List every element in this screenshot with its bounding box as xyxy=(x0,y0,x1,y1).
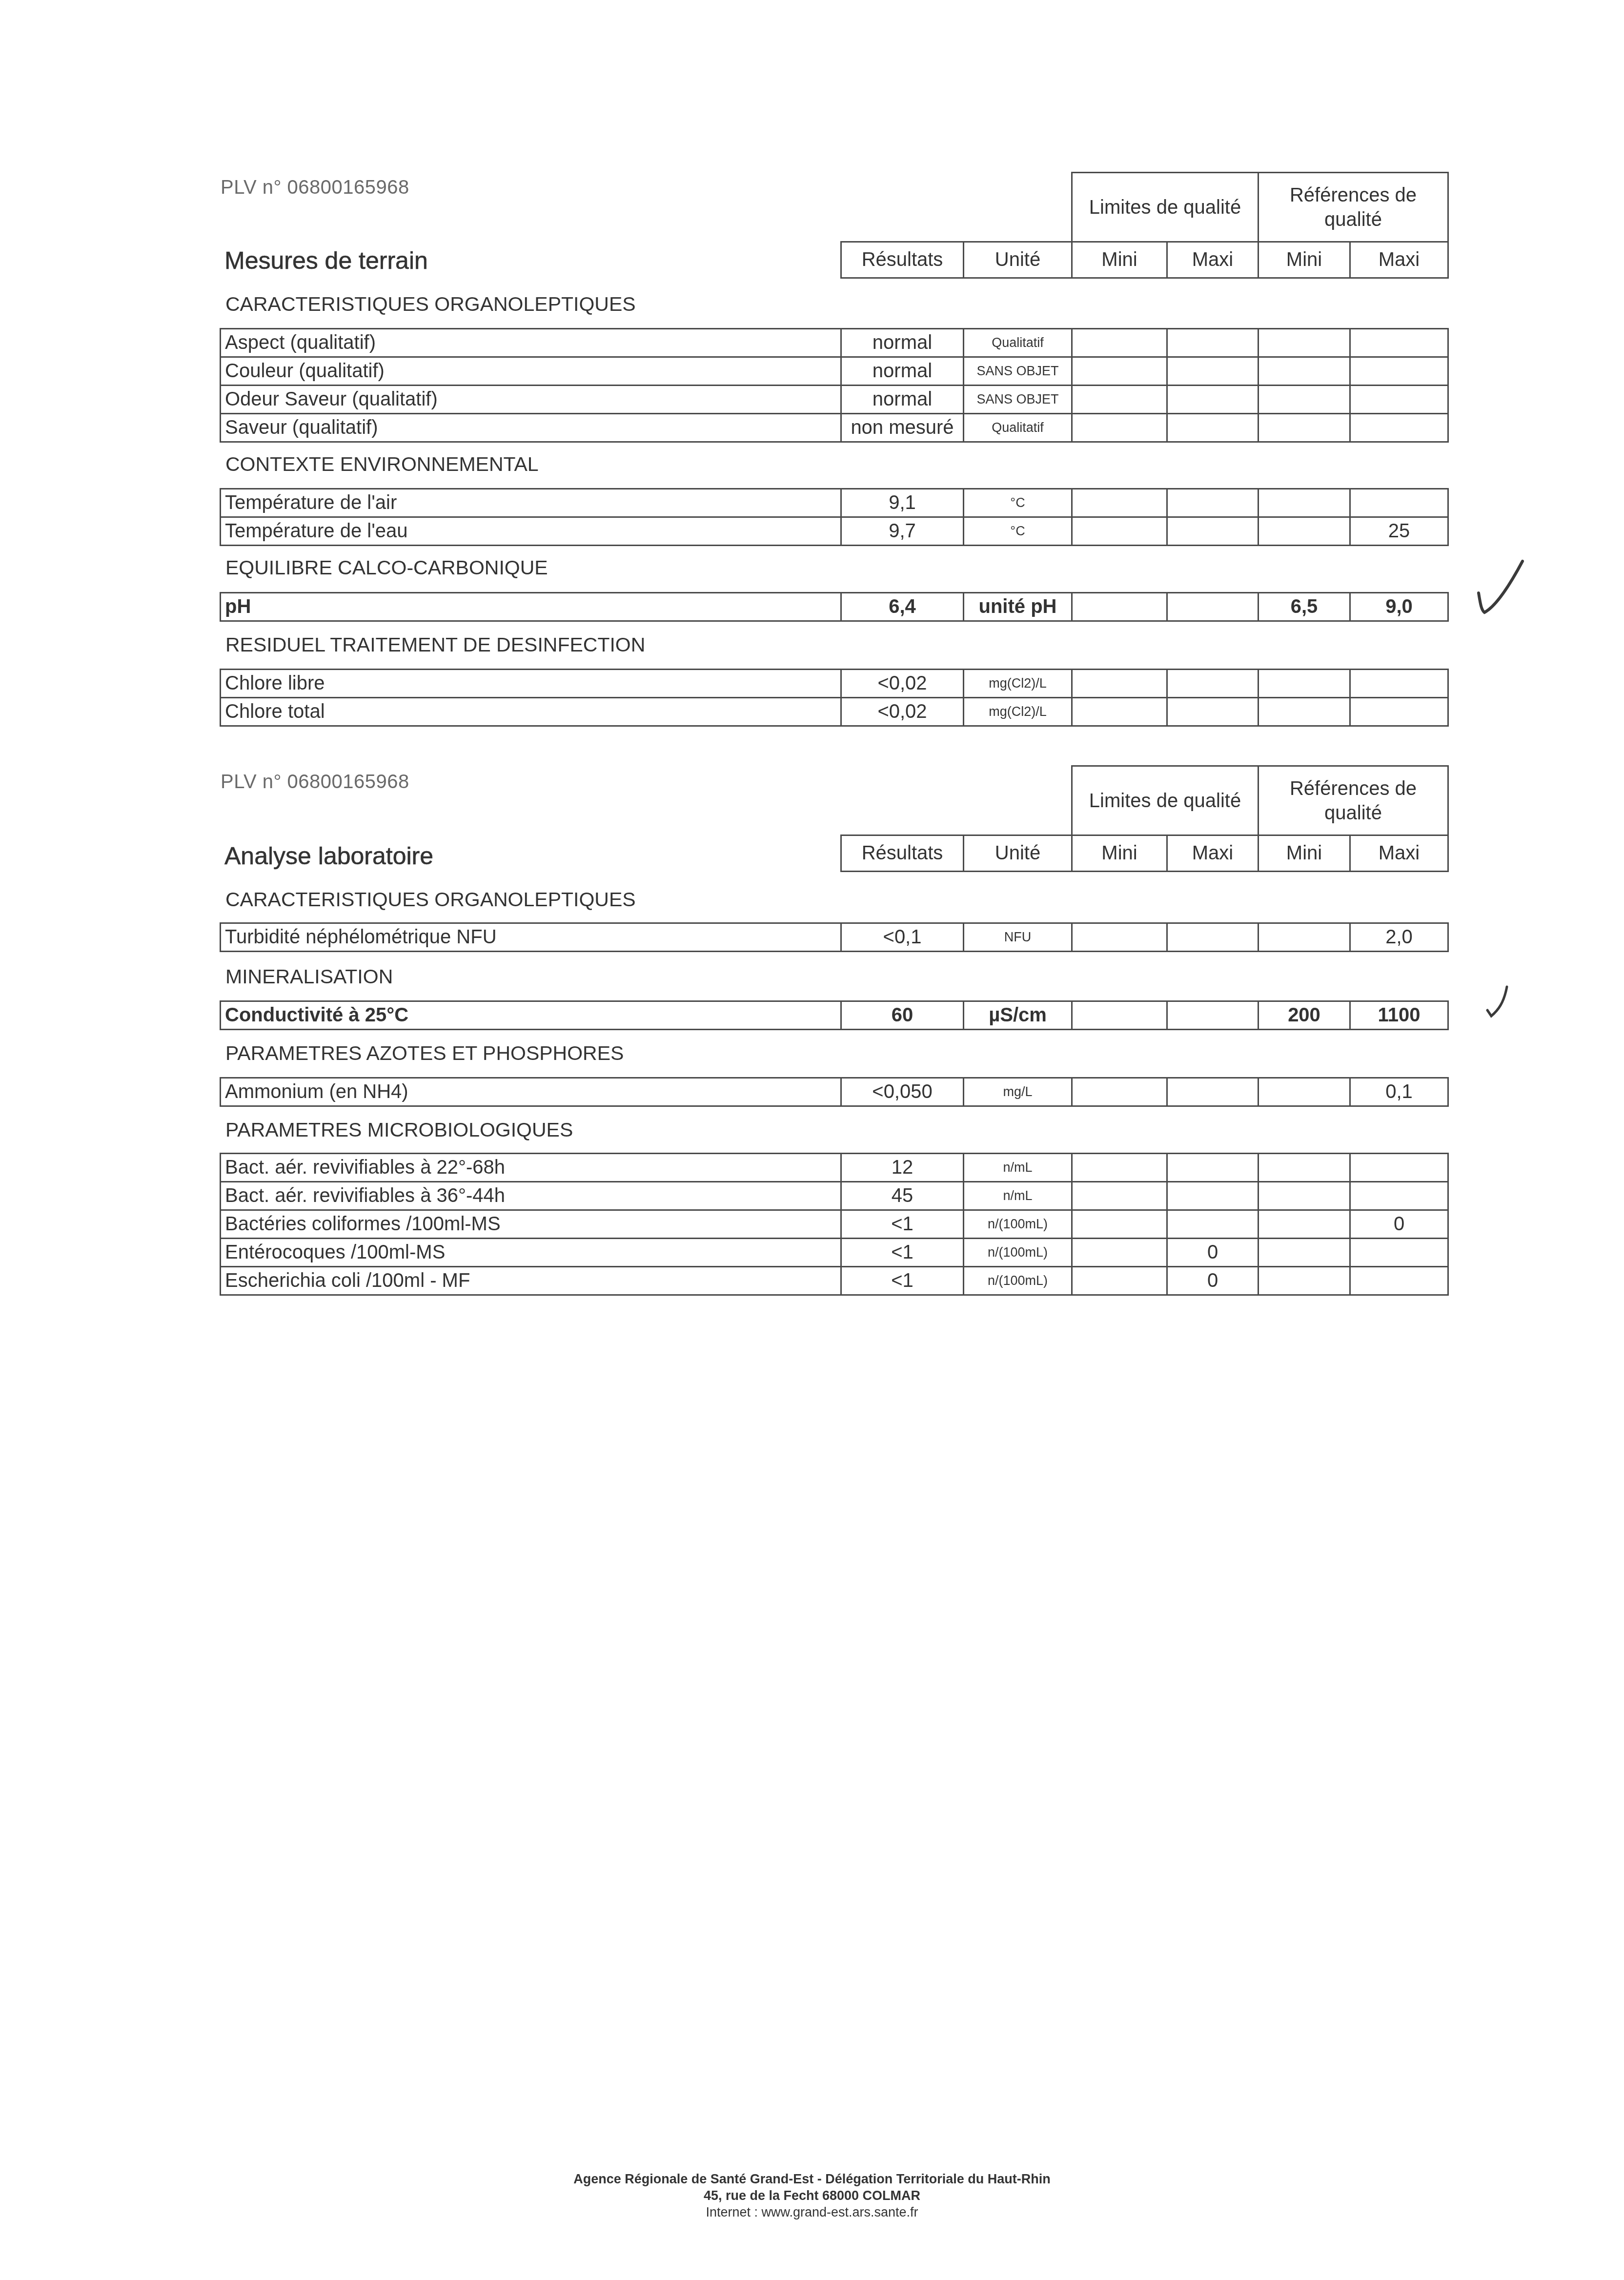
parameter-name: Bact. aér. revivifiables à 36°-44h xyxy=(221,1182,841,1210)
table-row: Saveur (qualitatif)non mesuréQualitatif xyxy=(221,414,1448,442)
cell-lim-max xyxy=(1167,386,1259,414)
parameter-name: Escherichia coli /100ml - MF xyxy=(221,1267,841,1295)
results-table: Turbidité néphélométrique NFU<0,1NFU2,0 xyxy=(220,922,1449,952)
cell-lim-min xyxy=(1072,698,1167,726)
parameter-name: Ammonium (en NH4) xyxy=(221,1078,841,1106)
cell-ref-max: 25 xyxy=(1350,517,1448,546)
table-row: Température de l'air9,1°C xyxy=(221,489,1448,517)
cell-ref-max xyxy=(1350,357,1448,386)
cell-lim-max: 0 xyxy=(1167,1267,1259,1295)
cell-lim-min xyxy=(1072,489,1167,517)
group-title: RESIDUEL TRAITEMENT DE DESINFECTION xyxy=(225,633,645,656)
cell-unit: NFU xyxy=(964,923,1072,952)
cell-lim-max xyxy=(1167,1001,1259,1030)
parameter-name: Aspect (qualitatif) xyxy=(221,329,841,357)
cell-ref-max xyxy=(1350,386,1448,414)
cell-lim-min xyxy=(1072,923,1167,952)
group-title: MINERALISATION xyxy=(225,965,393,988)
cell-ref-min xyxy=(1259,414,1350,442)
parameter-name: Température de l'eau xyxy=(221,517,841,546)
cell-ref-min xyxy=(1259,698,1350,726)
cell-lim-max xyxy=(1167,1210,1259,1239)
cell-lim-max xyxy=(1167,1182,1259,1210)
table-row: Couleur (qualitatif)normalSANS OBJET xyxy=(221,357,1448,386)
cell-ref-min xyxy=(1259,1154,1350,1182)
cell-ref-max: 2,0 xyxy=(1350,923,1448,952)
cell-ref-max: 0 xyxy=(1350,1210,1448,1239)
cell-lim-min xyxy=(1072,1001,1167,1030)
cell-lim-max xyxy=(1167,593,1259,621)
cell-lim-max xyxy=(1167,517,1259,546)
col-results: Résultats xyxy=(841,835,964,872)
col-limit-mini: Mini xyxy=(1072,242,1167,278)
parameter-name: Couleur (qualitatif) xyxy=(221,357,841,386)
footer-agency: Agence Régionale de Santé Grand-Est - Dé… xyxy=(0,2171,1624,2187)
footer-website[interactable]: Internet : www.grand-est.ars.sante.fr xyxy=(0,2204,1624,2220)
cell-lim-min xyxy=(1072,329,1167,357)
cell-ref-min: 200 xyxy=(1259,1001,1350,1030)
cell-ref-min xyxy=(1259,329,1350,357)
table-row: Turbidité néphélométrique NFU<0,1NFU2,0 xyxy=(221,923,1448,952)
results-table: Température de l'air9,1°CTempérature de … xyxy=(220,488,1449,546)
cell-lim-max: 0 xyxy=(1167,1239,1259,1267)
cell-lim-min xyxy=(1072,1239,1167,1267)
cell-unit: Qualitatif xyxy=(964,329,1072,357)
col-ref-maxi: Maxi xyxy=(1350,835,1448,872)
cell-unit: n/mL xyxy=(964,1182,1072,1210)
group-title: CARACTERISTIQUES ORGANOLEPTIQUES xyxy=(225,888,636,911)
cell-result: <0,050 xyxy=(841,1078,964,1106)
cell-ref-min xyxy=(1259,517,1350,546)
checkmark-icon xyxy=(1483,981,1522,1030)
lab-header-top: Limites de qualité Références de qualité xyxy=(1071,765,1449,836)
cell-ref-max xyxy=(1350,489,1448,517)
cell-ref-max: 9,0 xyxy=(1350,593,1448,621)
footer: Agence Régionale de Santé Grand-Est - Dé… xyxy=(0,2171,1624,2220)
col-unit: Unité xyxy=(964,835,1072,872)
parameter-name: Bactéries coliformes /100ml-MS xyxy=(221,1210,841,1239)
terrain-header-columns: Résultats Unité Mini Maxi Mini Maxi xyxy=(840,241,1449,279)
cell-ref-min xyxy=(1259,1182,1350,1210)
cell-result: <1 xyxy=(841,1210,964,1239)
col-limit-maxi: Maxi xyxy=(1167,835,1259,872)
footer-address: 45, rue de la Fecht 68000 COLMAR xyxy=(0,2187,1624,2204)
cell-result: normal xyxy=(841,357,964,386)
cell-unit: n/(100mL) xyxy=(964,1267,1072,1295)
cell-unit: mg(Cl2)/L xyxy=(964,670,1072,698)
cell-unit: n/mL xyxy=(964,1154,1072,1182)
results-table: Ammonium (en NH4)<0,050mg/L0,1 xyxy=(220,1077,1449,1107)
col-limit-maxi: Maxi xyxy=(1167,242,1259,278)
lab-header-columns: Résultats Unité Mini Maxi Mini Maxi xyxy=(840,835,1449,872)
cell-unit: µS/cm xyxy=(964,1001,1072,1030)
cell-ref-min xyxy=(1259,670,1350,698)
cell-result: normal xyxy=(841,386,964,414)
cell-ref-max xyxy=(1350,329,1448,357)
parameter-name: Turbidité néphélométrique NFU xyxy=(221,923,841,952)
cell-lim-max xyxy=(1167,489,1259,517)
cell-lim-min xyxy=(1072,1267,1167,1295)
checkmark-icon xyxy=(1469,551,1527,630)
col-results: Résultats xyxy=(841,242,964,278)
references-group-header: Références de qualité xyxy=(1259,173,1448,242)
parameter-name: Odeur Saveur (qualitatif) xyxy=(221,386,841,414)
results-table: Conductivité à 25°C60µS/cm2001100 xyxy=(220,1000,1449,1030)
cell-lim-max xyxy=(1167,329,1259,357)
cell-ref-max xyxy=(1350,1154,1448,1182)
cell-unit: n/(100mL) xyxy=(964,1210,1072,1239)
parameter-name: Entérocoques /100ml-MS xyxy=(221,1239,841,1267)
cell-result: <1 xyxy=(841,1267,964,1295)
parameter-name: Bact. aér. revivifiables à 22°-68h xyxy=(221,1154,841,1182)
parameter-name: Chlore libre xyxy=(221,670,841,698)
cell-result: <0,1 xyxy=(841,923,964,952)
cell-result: 12 xyxy=(841,1154,964,1182)
table-row: Escherichia coli /100ml - MF<1n/(100mL)0 xyxy=(221,1267,1448,1295)
cell-unit: °C xyxy=(964,489,1072,517)
cell-unit: SANS OBJET xyxy=(964,357,1072,386)
cell-ref-max: 1100 xyxy=(1350,1001,1448,1030)
limits-group-header: Limites de qualité xyxy=(1072,173,1259,242)
cell-lim-min xyxy=(1072,517,1167,546)
limits-group-header: Limites de qualité xyxy=(1072,766,1259,835)
cell-lim-min xyxy=(1072,1154,1167,1182)
cell-lim-min xyxy=(1072,1182,1167,1210)
cell-unit: Qualitatif xyxy=(964,414,1072,442)
cell-lim-max xyxy=(1167,414,1259,442)
table-row: Aspect (qualitatif)normalQualitatif xyxy=(221,329,1448,357)
cell-lim-max xyxy=(1167,670,1259,698)
group-title: EQUILIBRE CALCO-CARBONIQUE xyxy=(225,556,548,579)
cell-ref-min xyxy=(1259,489,1350,517)
table-row: Conductivité à 25°C60µS/cm2001100 xyxy=(221,1001,1448,1030)
cell-lim-min xyxy=(1072,593,1167,621)
table-row: Température de l'eau9,7°C25 xyxy=(221,517,1448,546)
cell-lim-min xyxy=(1072,1078,1167,1106)
col-limit-mini: Mini xyxy=(1072,835,1167,872)
cell-result: 6,4 xyxy=(841,593,964,621)
cell-result: 60 xyxy=(841,1001,964,1030)
col-ref-maxi: Maxi xyxy=(1350,242,1448,278)
cell-lim-min xyxy=(1072,386,1167,414)
cell-lim-max xyxy=(1167,357,1259,386)
group-title: CONTEXTE ENVIRONNEMENTAL xyxy=(225,453,539,476)
results-table: Bact. aér. revivifiables à 22°-68h12n/mL… xyxy=(220,1153,1449,1296)
cell-unit: °C xyxy=(964,517,1072,546)
table-row: Bact. aér. revivifiables à 36°-44h45n/mL xyxy=(221,1182,1448,1210)
col-ref-mini: Mini xyxy=(1259,835,1350,872)
table-row: Odeur Saveur (qualitatif)normalSANS OBJE… xyxy=(221,386,1448,414)
section-title-terrain: Mesures de terrain xyxy=(224,246,428,275)
cell-ref-max: 0,1 xyxy=(1350,1078,1448,1106)
table-row: Bactéries coliformes /100ml-MS<1n/(100mL… xyxy=(221,1210,1448,1239)
cell-result: non mesuré xyxy=(841,414,964,442)
cell-lim-max xyxy=(1167,1154,1259,1182)
col-unit: Unité xyxy=(964,242,1072,278)
cell-result: <1 xyxy=(841,1239,964,1267)
cell-ref-max xyxy=(1350,414,1448,442)
cell-ref-min: 6,5 xyxy=(1259,593,1350,621)
cell-ref-max xyxy=(1350,670,1448,698)
cell-result: <0,02 xyxy=(841,670,964,698)
cell-lim-min xyxy=(1072,357,1167,386)
cell-ref-min xyxy=(1259,1078,1350,1106)
results-table: pH6,4unité pH6,59,0 xyxy=(220,592,1449,622)
cell-ref-max xyxy=(1350,1267,1448,1295)
cell-lim-min xyxy=(1072,1210,1167,1239)
cell-result: 45 xyxy=(841,1182,964,1210)
parameter-name: pH xyxy=(221,593,841,621)
cell-ref-max xyxy=(1350,698,1448,726)
cell-unit: mg(Cl2)/L xyxy=(964,698,1072,726)
group-title: PARAMETRES AZOTES ET PHOSPHORES xyxy=(225,1042,624,1065)
parameter-name: Conductivité à 25°C xyxy=(221,1001,841,1030)
cell-result: normal xyxy=(841,329,964,357)
cell-ref-min xyxy=(1259,1239,1350,1267)
table-row: Chlore total<0,02mg(Cl2)/L xyxy=(221,698,1448,726)
cell-result: 9,7 xyxy=(841,517,964,546)
cell-lim-max xyxy=(1167,923,1259,952)
plv-number-lab: PLV n° 06800165968 xyxy=(221,771,409,793)
table-row: Bact. aér. revivifiables à 22°-68h12n/mL xyxy=(221,1154,1448,1182)
cell-ref-max xyxy=(1350,1182,1448,1210)
references-group-header: Références de qualité xyxy=(1259,766,1448,835)
cell-ref-max xyxy=(1350,1239,1448,1267)
terrain-header-top: Limites de qualité Références de qualité xyxy=(1071,172,1449,243)
cell-result: 9,1 xyxy=(841,489,964,517)
cell-lim-min xyxy=(1072,414,1167,442)
table-row: pH6,4unité pH6,59,0 xyxy=(221,593,1448,621)
plv-number: PLV n° 06800165968 xyxy=(221,177,409,199)
table-row: Entérocoques /100ml-MS<1n/(100mL)0 xyxy=(221,1239,1448,1267)
cell-ref-min xyxy=(1259,1267,1350,1295)
table-row: Ammonium (en NH4)<0,050mg/L0,1 xyxy=(221,1078,1448,1106)
group-title: PARAMETRES MICROBIOLOGIQUES xyxy=(225,1119,573,1141)
cell-lim-max xyxy=(1167,698,1259,726)
cell-unit: n/(100mL) xyxy=(964,1239,1072,1267)
parameter-name: Température de l'air xyxy=(221,489,841,517)
col-ref-mini: Mini xyxy=(1259,242,1350,278)
cell-ref-min xyxy=(1259,386,1350,414)
cell-ref-min xyxy=(1259,357,1350,386)
table-row: Chlore libre<0,02mg(Cl2)/L xyxy=(221,670,1448,698)
cell-unit: mg/L xyxy=(964,1078,1072,1106)
cell-unit: unité pH xyxy=(964,593,1072,621)
group-title: CARACTERISTIQUES ORGANOLEPTIQUES xyxy=(225,293,636,316)
parameter-name: Chlore total xyxy=(221,698,841,726)
cell-lim-max xyxy=(1167,1078,1259,1106)
parameter-name: Saveur (qualitatif) xyxy=(221,414,841,442)
section-title-laboratoire: Analyse laboratoire xyxy=(224,842,433,870)
cell-lim-min xyxy=(1072,670,1167,698)
cell-unit: SANS OBJET xyxy=(964,386,1072,414)
results-table: Aspect (qualitatif)normalQualitatifCoule… xyxy=(220,328,1449,443)
cell-result: <0,02 xyxy=(841,698,964,726)
results-table: Chlore libre<0,02mg(Cl2)/LChlore total<0… xyxy=(220,669,1449,727)
cell-ref-min xyxy=(1259,923,1350,952)
cell-ref-min xyxy=(1259,1210,1350,1239)
